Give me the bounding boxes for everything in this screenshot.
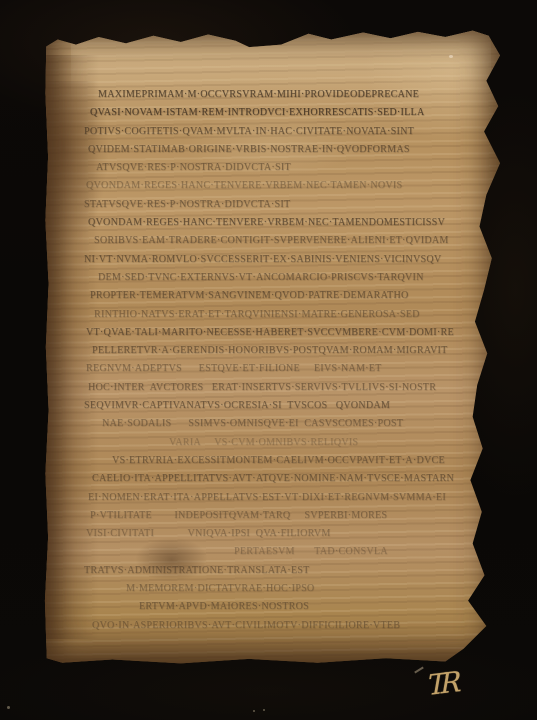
inscription-line: EI·NOMEN·ERAT·ITA·APPELLATVS·EST·VT·DIXI… (84, 489, 488, 507)
inscription-line: QVASI·NOVAM·ISTAM·REM·INTRODVCI·EXHORRES… (84, 104, 488, 122)
inscription-line: TRATVS·ADMINISTRATIONE·TRANSLATA·EST (84, 562, 488, 580)
inscription-line: SEQVIMVR·CAPTIVANATVS·OCRESIA·SI TVSCOS … (84, 397, 488, 415)
inscription-line: DEM·SED·TVNC·EXTERNVS·VT·ANCOMARCIO·PRIS… (84, 269, 488, 287)
inscription-line: SORIBVS·EAM·TRADERE·CONTIGIT·SVPERVENERE… (84, 232, 488, 250)
inscription-line: QVO·IN·ASPERIORIBVS·AVT·CIVILIMOTV·DIFFI… (84, 617, 488, 635)
artist-monogram: TR (428, 663, 479, 719)
inscription-line: STATVSQVE·RES·P·NOSTRA·DIDVCTA·SIT (84, 196, 488, 214)
inscription-line: RINTHIO·NATVS·ERAT·ET·TARQVINIENSI·MATRE… (84, 306, 488, 324)
inscription-line: M·MEMOREM·DICTATVRAE·HOC·IPSO (84, 580, 488, 598)
paint-speck (7, 706, 10, 709)
inscription-line: MAXIMEPRIMAM·M·OCCVRSVRAM·MIHI·PROVIDEOD… (84, 86, 488, 104)
paint-chip (449, 55, 453, 58)
inscription-line: HOC·INTER AVCTORES ERAT·INSERTVS·SERVIVS… (84, 379, 488, 397)
inscription-line: PROPTER·TEMERATVM·SANGVINEM·QVOD·PATRE·D… (84, 287, 488, 305)
inscription-line: NI·VT·NVMA·ROMVLO·SVCCESSERIT·EX·SABINIS… (84, 251, 488, 269)
inscription-line: PELLERETVR·A·GERENDIS·HONORIBVS·POSTQVAM… (84, 342, 488, 360)
inscription-text: MAXIMEPRIMAM·M·OCCVRSVRAM·MIHI·PROVIDEOD… (84, 86, 488, 635)
painting-canvas: MAXIMEPRIMAM·M·OCCVRSVRAM·MIHI·PROVIDEOD… (0, 0, 537, 720)
inscription-line: VS·ETRVRIA·EXCESSITMONTEM·CAELIVM·OCCVPA… (84, 452, 488, 470)
inscription-line: QVONDAM·REGES·HANC·TENVERE·VRBEM·NEC·TAM… (84, 214, 488, 232)
paint-scratch (414, 667, 424, 674)
inscription-line: ATVSQVE·RES·P·NOSTRA·DIDVCTA·SIT (84, 159, 488, 177)
inscription-line: POTIVS·COGITETIS·QVAM·MVLTA·IN·HAC·CIVIT… (84, 123, 488, 141)
inscription-line: VISI·CIVITATI VNIQVA·IPSI QVA·FILIORVM (84, 525, 488, 543)
paint-speck (263, 709, 265, 711)
inscription-line: VARIA VS·CVM·OMNIBVS·RELIQVIS (84, 434, 488, 452)
inscription-line: NAE·SODALIS SSIMVS·OMNISQVE·EI CASVSCOME… (84, 415, 488, 433)
inscription-line: ERTVM·APVD·MAIORES·NOSTROS (84, 598, 488, 616)
inscription-line: QVIDEM·STATIMAB·ORIGINE·VRBIS·NOSTRAE·IN… (84, 141, 488, 159)
inscription-line: CAELIO·ITA·APPELLITATVS·AVT·ATQVE·NOMINE… (84, 470, 488, 488)
inscription-line: VT·QVAE·TALI·MARITO·NECESSE·HABERET·SVCC… (84, 324, 488, 342)
inscription-line: PERTAESVM TAD·CONSVLA (84, 543, 488, 561)
inscription-line: REGNVM·ADEPTVS ESTQVE·ET·FILIONE EIVS·NA… (84, 360, 488, 378)
stone-tablet: MAXIMEPRIMAM·M·OCCVRSVRAM·MIHI·PROVIDEOD… (44, 30, 500, 664)
paint-speck (253, 710, 255, 712)
inscription-line: P·VTILITATE INDEPOSITQVAM·TARQ SVPERBI·M… (84, 507, 488, 525)
inscription-line: QVONDAM·REGES·HANC·TENVERE·VRBEM·NEC·TAM… (84, 177, 488, 195)
